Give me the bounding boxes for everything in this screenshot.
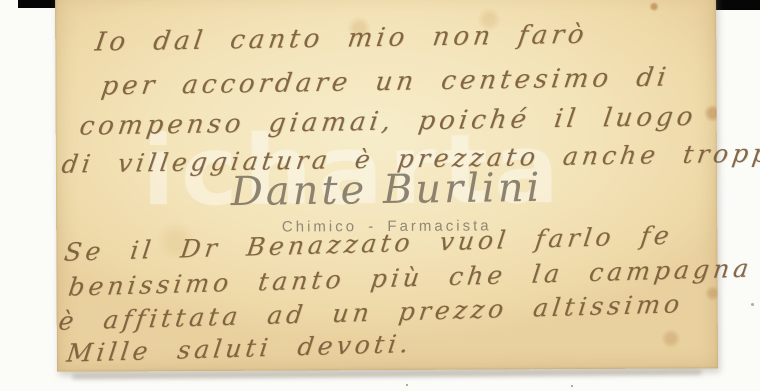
scanner-background-strip-right <box>716 0 760 10</box>
card-scan-shadow <box>72 370 702 379</box>
scanned-visiting-card: icharta Io dal canto mio non farò per ac… <box>0 0 760 391</box>
visiting-card: icharta Io dal canto mio non farò per ac… <box>55 0 718 372</box>
scanner-background-strip-left <box>18 0 58 8</box>
scan-speck <box>571 385 573 387</box>
printed-name: Dante Burlini <box>56 165 717 214</box>
handwritten-line: Mille saluti devoti. <box>65 331 413 366</box>
handwritten-line: Io dal canto mio non farò <box>93 22 589 56</box>
handwritten-line: per accordare un centesimo di <box>100 65 672 100</box>
scan-speck <box>751 303 754 306</box>
handwritten-line: compenso giamai, poiché il luogo <box>78 104 698 140</box>
scan-speck <box>406 384 408 386</box>
